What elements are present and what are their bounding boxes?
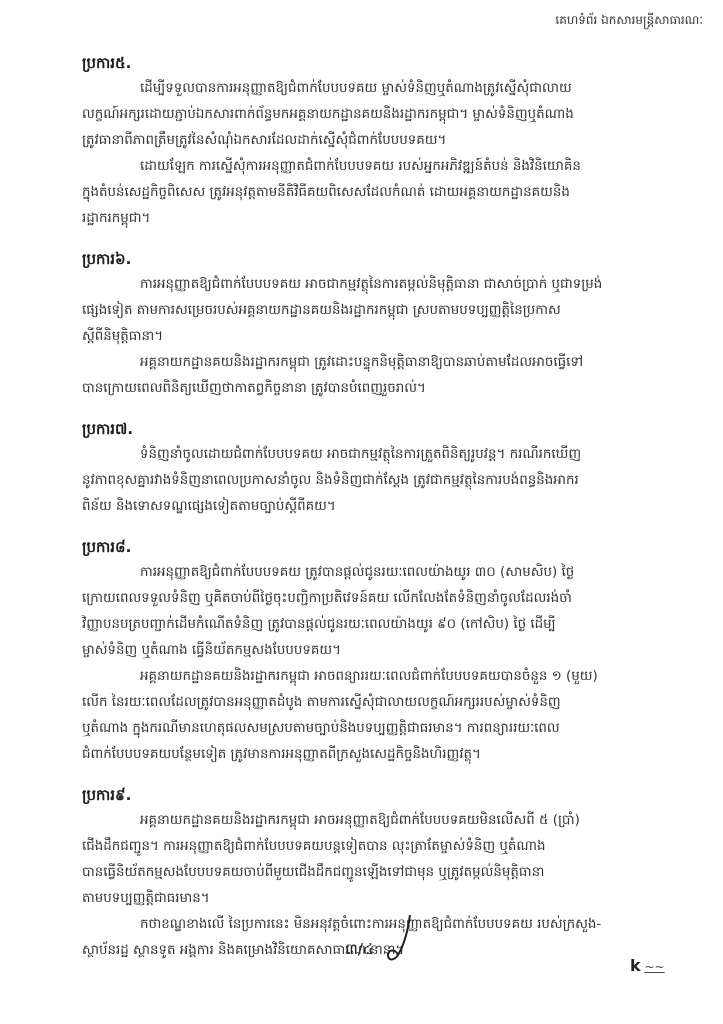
initials-mark: k ~~ xyxy=(630,956,665,975)
paragraph-line: ក្នុងតំបន់សេដ្ឋកិច្ចពិសេស ត្រូវអនុវត្តតា… xyxy=(82,180,682,206)
document-header: គេហទំព័រ ឯកសារមន្ត្រីសាធារណៈ xyxy=(555,12,703,30)
paragraph-line: ការអនុញ្ញាតឱ្យជំពាក់បែបបទគយ ត្រូវបានផ្តល… xyxy=(82,560,682,586)
document-body: ប្រការ៥.ដើម្បីទទួលបានការអនុញ្ញាតឱ្យជំពាក… xyxy=(82,50,682,978)
paragraph-line: ដើម្បីទទួលបានការអនុញ្ញាតឱ្យជំពាក់បែបបទគយ… xyxy=(82,76,682,102)
paragraph-line: ផ្សេងទៀត តាមការសម្រេចរបស់អគ្គនាយកដ្ឋានគយ… xyxy=(82,298,682,324)
page-number-signature: ៣/៤ xyxy=(345,940,374,962)
paragraph-line: ដោយឡែក ការស្នើសុំការអនុញ្ញាតជំពាក់បែបបទគ… xyxy=(82,154,682,180)
paragraph-line: ត្រូវធានាពីភាពត្រឹមត្រូវនៃសំណុំឯកសារដែលដ… xyxy=(82,128,682,154)
paragraph-line: ជំពាក់បែបបទគយបន្ថែមទៀត ត្រូវមានការអនុញ្ញ… xyxy=(82,742,682,768)
paragraph-line: ឬតំណាង ក្នុងករណីមានហេតុផលសមស្របតាមច្បាប់… xyxy=(82,716,682,742)
paragraph-line: ស្តីពីនិមុត្តិធានា។ xyxy=(82,324,682,350)
paragraph-line: បានក្រោយពេលពិនិត្យឃើញថាកាតព្វកិច្ចនានា ត… xyxy=(82,376,682,402)
article-title: ប្រការ៩. xyxy=(82,782,682,808)
paragraph-line: លក្ខណ៍អក្សរដោយភ្ជាប់ឯកសារពាក់ព័ន្ធមកអគ្គ… xyxy=(82,102,682,128)
article-section: ប្រការ៧.ទំនិញនាំចូលដោយជំពាក់បែបបទគយ អាចជ… xyxy=(82,416,682,520)
article-title: ប្រការ៨. xyxy=(82,534,682,560)
paragraph-line: ពិន័យ និងទោសទណ្ឌផ្សេងទៀតតាមច្បាប់ស្តីពីគ… xyxy=(82,494,682,520)
article-section: ប្រការ៨.ការអនុញ្ញាតឱ្យជំពាក់បែបបទគយ ត្រូ… xyxy=(82,534,682,768)
paragraph-line: ក្រោយពេលទទួលទំនិញ ឬគិតចាប់ពីថ្ងៃចុះបញ្ជិ… xyxy=(82,586,682,612)
article-section: ប្រការ៦.ការអនុញ្ញាតឱ្យជំពាក់បែបបទគយ អាចជ… xyxy=(82,246,682,402)
initials-underline: ~~ xyxy=(644,960,664,974)
paragraph-line: អគ្គនាយកដ្ឋានគយនិងរដ្ឋាករកម្ពុជា អាចពន្យ… xyxy=(82,664,682,690)
paragraph-line: អគ្គនាយកដ្ឋានគយនិងរដ្ឋាករកម្ពុជា ត្រូវដោ… xyxy=(82,350,682,376)
article-title: ប្រការ៧. xyxy=(82,416,682,442)
paragraph-line: ទំនិញនាំចូលដោយជំពាក់បែបបទគយ អាចជាកម្មវត្… xyxy=(82,442,682,468)
paragraph-line: តាមបទប្បញ្ញត្តិជាធរមាន។ xyxy=(82,886,682,912)
signature-stroke-icon xyxy=(380,915,420,965)
paragraph-line: អគ្គនាយកដ្ឋានគយនិងរដ្ឋាករកម្ពុជា អាចអនុញ… xyxy=(82,808,682,834)
article-title: ប្រការ៥. xyxy=(82,50,682,76)
article-title: ប្រការ៦. xyxy=(82,246,682,272)
initials-letter: k xyxy=(630,956,641,975)
paragraph-line: ម្ចាស់ទំនិញ ឬតំណាង ធ្វើនិយ័តកម្មសងបែបបទគ… xyxy=(82,638,682,664)
paragraph-line: លើក នៃរយៈពេលដែលត្រូវបានអនុញ្ញាតដំបូង តាម… xyxy=(82,690,682,716)
paragraph-line: រដ្ឋាករកម្ពុជា។ xyxy=(82,206,682,232)
paragraph-line: ជើងដឹកជញ្ជូន។ ការអនុញ្ញាតឱ្យជំពាក់បែបបទគ… xyxy=(82,834,682,860)
paragraph-line: បានធ្វើនិយ័តកម្មសងបែបបទគយចាប់ពីមួយជើងដឹក… xyxy=(82,860,682,886)
paragraph-line: វិញ្ញាបនបត្របញ្ជាក់ដើមកំណើតទំនិញ ត្រូវបា… xyxy=(82,612,682,638)
paragraph-line: នូវភាពខុសគ្នារវាងទំនិញនាពេលប្រកាសនាំចូល … xyxy=(82,468,682,494)
article-section: ប្រការ៥.ដើម្បីទទួលបានការអនុញ្ញាតឱ្យជំពាក… xyxy=(82,50,682,232)
paragraph-line: ការអនុញ្ញាតឱ្យជំពាក់បែបបទគយ អាចជាកម្មវត្… xyxy=(82,272,682,298)
